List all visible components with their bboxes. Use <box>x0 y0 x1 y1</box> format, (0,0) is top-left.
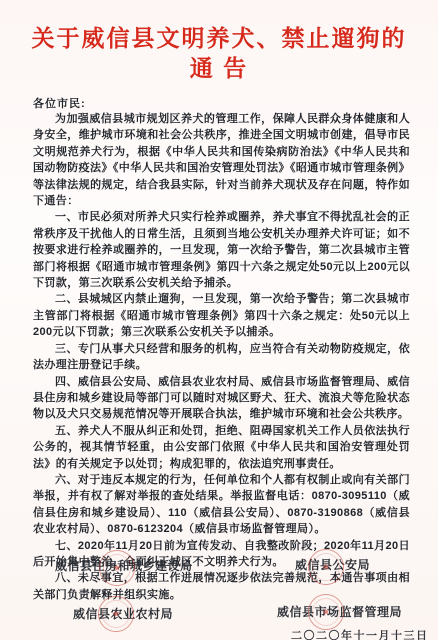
issue-date: 二〇二〇年十一月十三日 <box>291 627 429 640</box>
notice-title: 关于威信县文明养犬、禁止遛狗的 通 告 <box>0 23 438 83</box>
paragraph-preamble: 为加强威信县城市规划区养犬的管理工作，保障人民群众身体健康和人身安全，维护城市环… <box>33 111 410 209</box>
notice-title-line2: 通 告 <box>0 53 438 83</box>
seal-star-icon: ★ <box>321 561 331 573</box>
paragraph-item-3: 三、专门从事犬只经营和服务的机构，应当符合有关动物防疫规定，依法办理注册登记手续… <box>33 341 410 374</box>
seal-star-icon: ★ <box>112 562 122 574</box>
notice-document: 关于威信县文明养犬、禁止遛狗的 通 告 各位市民: 为加强威信县城市规划区养犬的… <box>0 0 438 640</box>
seal-star-icon: ★ <box>111 608 121 620</box>
paragraph-item-5: 五、养犬人不服从纠正和处罚，拒绝、阻碍国家机关工作人员依法执行公务的，视其情节轻… <box>33 423 410 472</box>
paragraph-item-8: 八、未尽事宜，根据工作进展情况逐步依法完善规范，本通告事项由相关部门负责解释并组… <box>33 570 410 603</box>
notice-paragraphs: 为加强威信县城市规划区养犬的管理工作，保障人民群众身体健康和人身安全，维护城市环… <box>33 111 410 603</box>
paragraph-item-6: 六、对于违反本规定的行为，任何单位和个人都有权制止或向有关部门举报，并有权了解对… <box>33 472 410 538</box>
salutation: 各位市民: <box>33 95 410 111</box>
seal-star-icon: ★ <box>321 606 331 618</box>
notice-body: 各位市民: 为加强威信县城市规划区养犬的管理工作，保障人民群众身体健康和人身安全… <box>0 95 438 603</box>
notice-title-line1: 关于威信县文明养犬、禁止遛狗的 <box>0 23 438 53</box>
paragraph-item-4: 四、威信县公安局、威信县农业农村局、威信县市场监督管理局、威信县住房和城乡建设局… <box>33 374 410 423</box>
paragraph-item-2: 二、县城城区内禁止遛狗，一旦发现，第一次给予警告；第二次县城市主管部门将根据《昭… <box>33 291 410 340</box>
paragraph-item-1: 一、市民必须对所养犬只实行栓养或圈养，养犬事宜不得扰乱社会的正常秩序及干扰他人的… <box>33 209 410 291</box>
